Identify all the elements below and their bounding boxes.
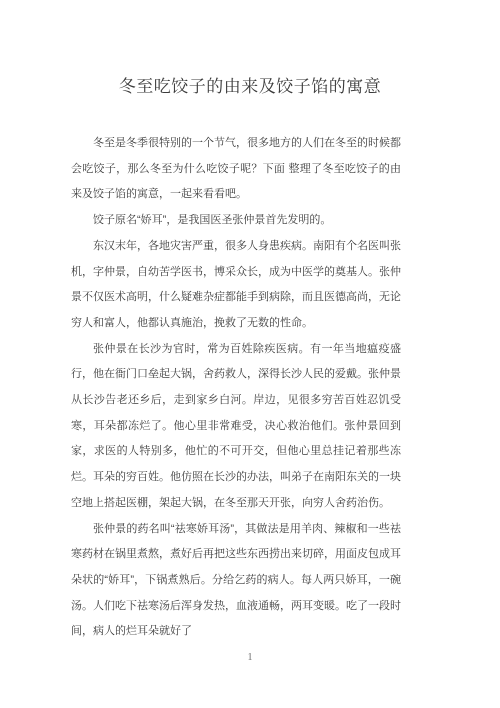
- paragraph-quhan-jiaoer-soup: 张仲景的药名叫“祛寒娇耳汤”，其做法是用羊肉、辣椒和一些祛寒药材在锅里煮熬，煮好…: [71, 517, 401, 646]
- document-body: 冬至是冬季很特别的一个节气，很多地方的人们在冬至的时候都会吃饺子，那么冬至为什么…: [71, 131, 401, 645]
- paragraph-zhang-zhongjing-background: 东汉末年，各地灾害严重，很多人身患疾病。南阳有个名医叫张机，字仲景，自幼苦学医书…: [71, 234, 401, 337]
- paragraph-intro: 冬至是冬季很特别的一个节气，很多地方的人们在冬至的时候都会吃饺子，那么冬至为什么…: [71, 131, 401, 208]
- document-title: 冬至吃饺子的由来及饺子馅的寓意: [0, 0, 500, 100]
- page-number: 1: [0, 652, 500, 664]
- document-page: 冬至吃饺子的由来及饺子馅的寓意 冬至是冬季很特别的一个节气，很多地方的人们在冬至…: [0, 0, 500, 708]
- paragraph-origin-of-name: 饺子原名“娇耳”，是我国医圣张仲景首先发明的。: [71, 208, 401, 234]
- paragraph-changsha-story: 张仲景在长沙为官时，常为百姓除疾医病。有一年当地瘟疫盛行，他在衙门口垒起大锅，舍…: [71, 337, 401, 517]
